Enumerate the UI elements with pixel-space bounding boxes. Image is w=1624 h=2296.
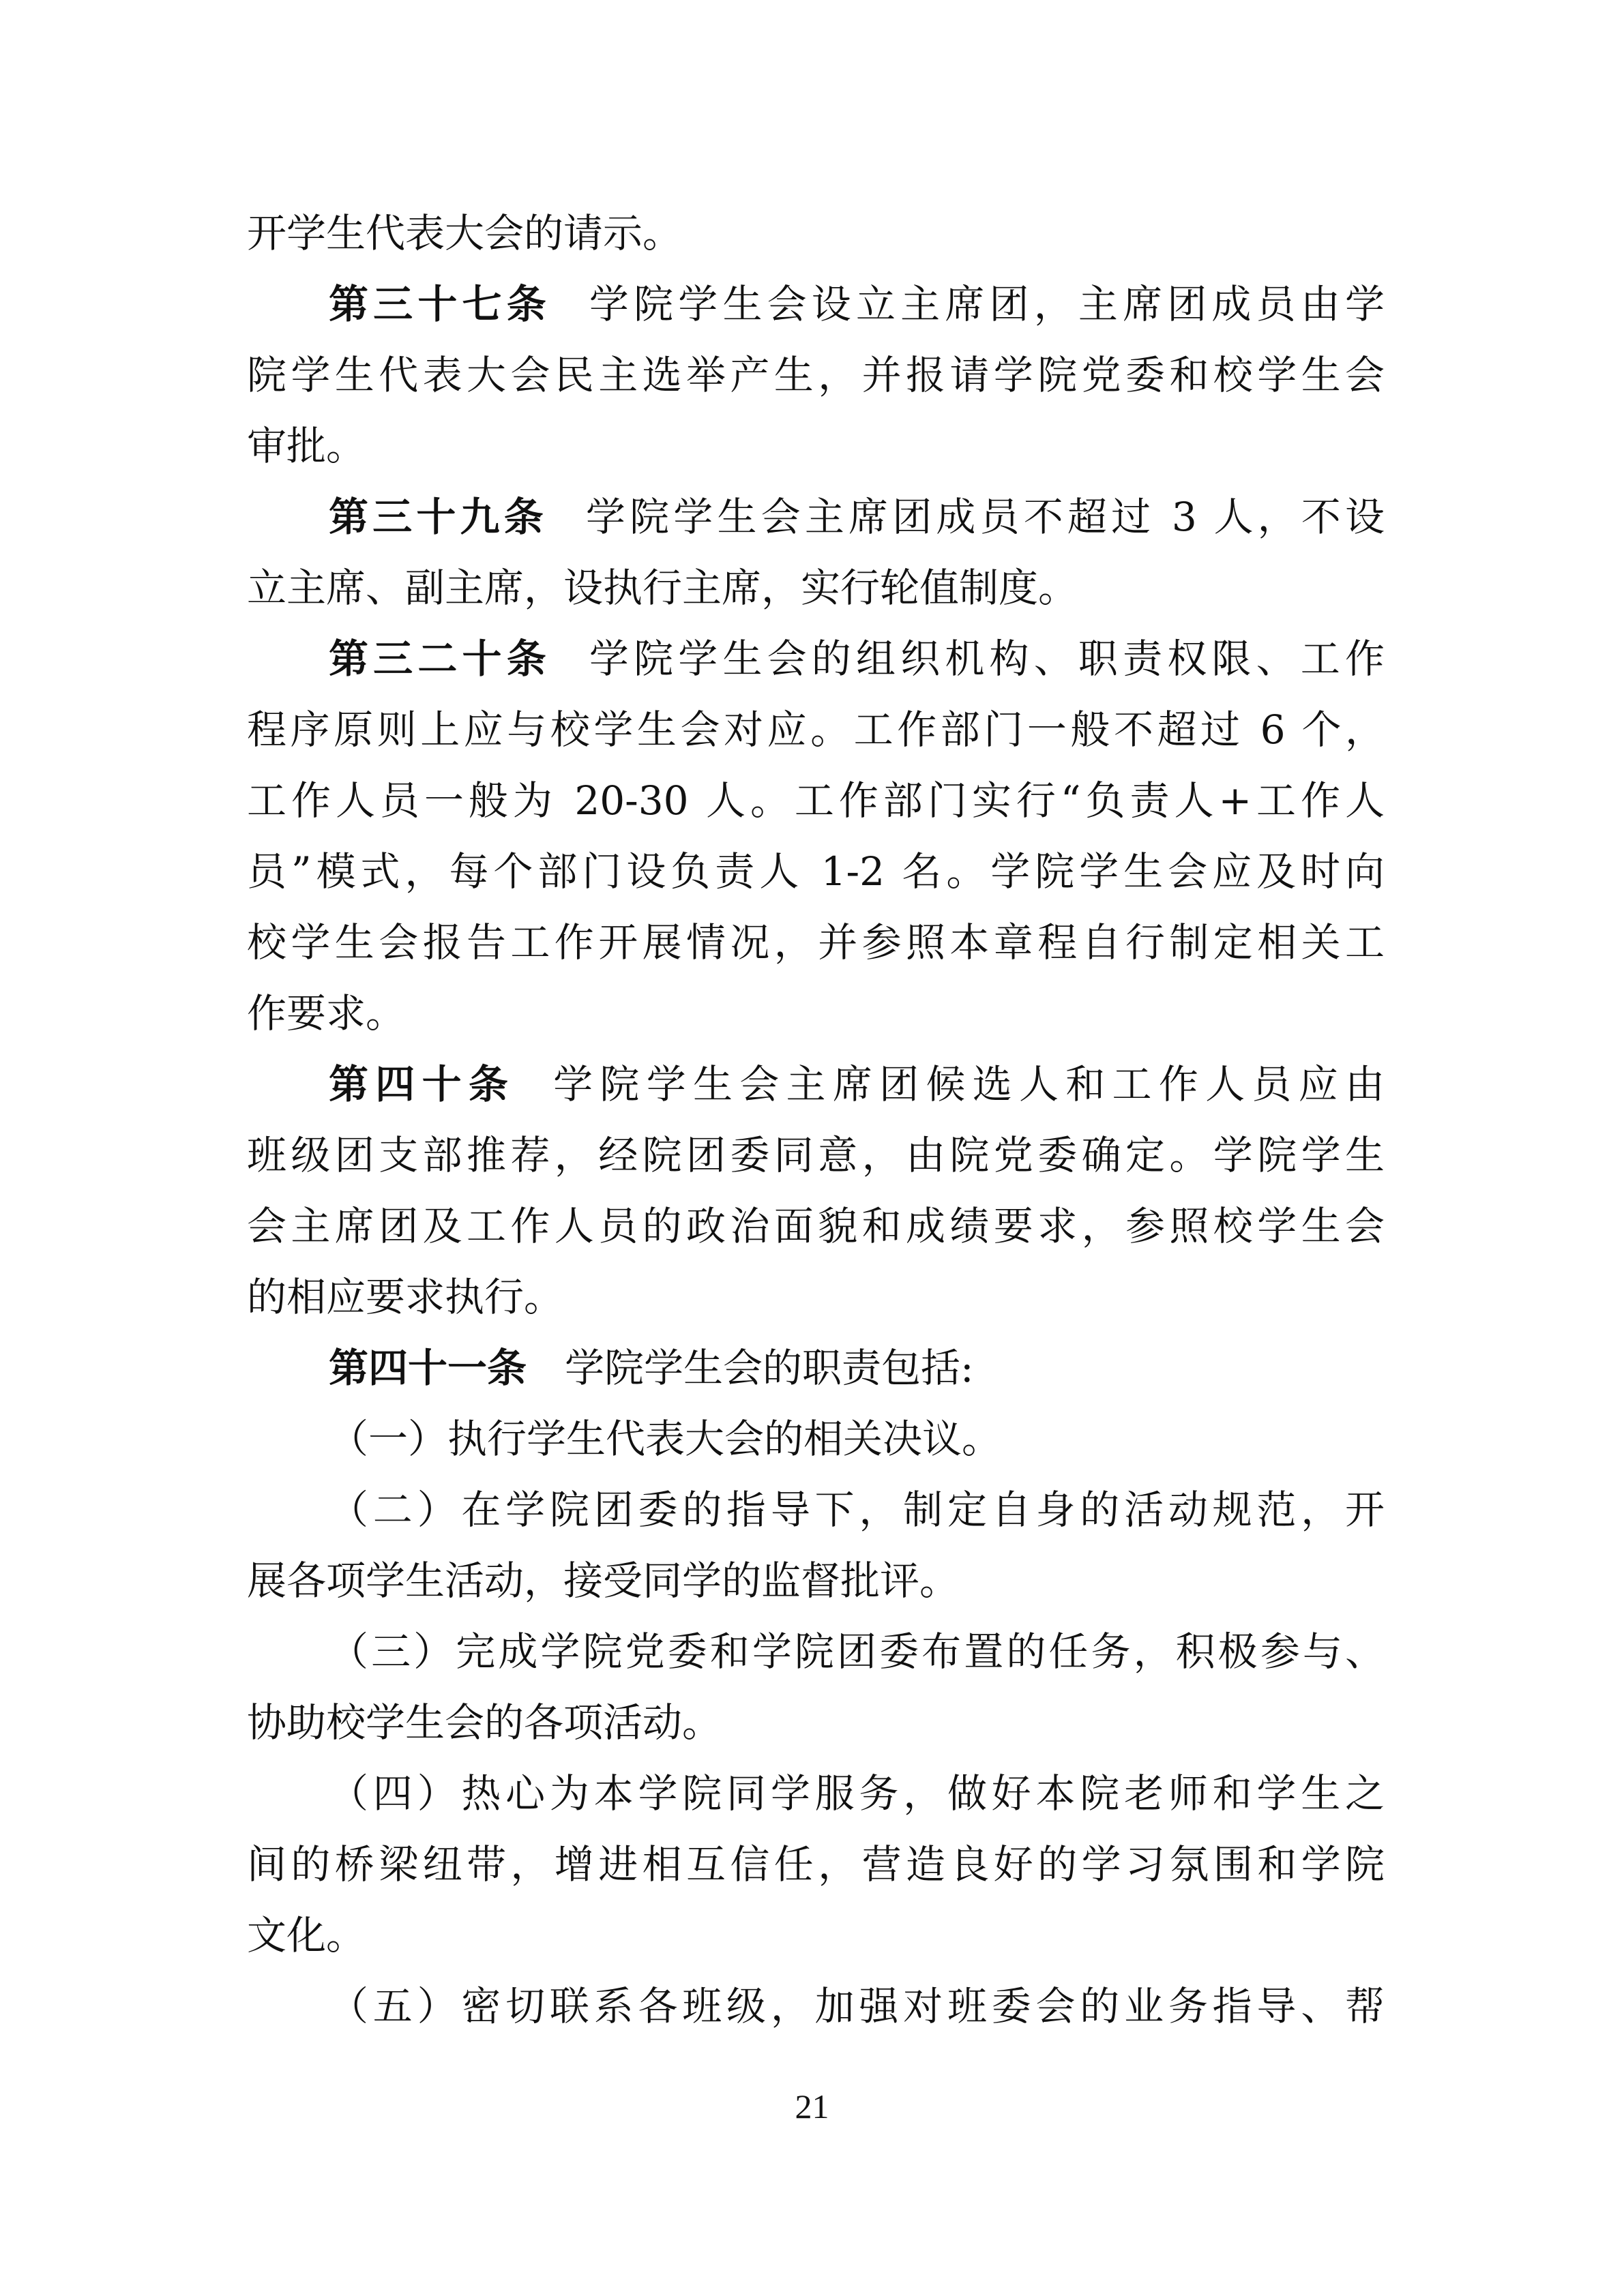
line-text: （一）执行学生代表大会的相关决议。 (329, 1416, 1001, 1462)
article-line: 第四十一条学院学生会的职责包括: (247, 1332, 1385, 1403)
text-line: 间的桥梁纽带，增进相互信任，营造良好的学习氛围和学院 (247, 1829, 1385, 1900)
article-line: 第三二十条学院学生会的组织机构、职责权限、工作 (247, 623, 1385, 694)
line-text: 学院学生会的职责包括: (565, 1345, 974, 1391)
line-text: 校学生会报告工作开展情况，并参照本章程自行制定相关工 (247, 919, 1385, 966)
line-text: 工作人员一般为 20-30 人。工作部门实行“负责人+工作人 (247, 777, 1385, 824)
line-text: 学院学生会主席团成员不超过 3 人，不设 (586, 494, 1385, 540)
line-text: 开学生代表大会的请示。 (247, 210, 682, 256)
text-line: （五）密切联系各班级，加强对班委会的业务指导、帮 (247, 1971, 1385, 2042)
text-line: 班级团支部推荐，经院团委同意，由院党委确定。学院学生 (247, 1120, 1385, 1191)
line-text: 间的桥梁纽带，增进相互信任，营造良好的学习氛围和学院 (247, 1841, 1385, 1888)
article-line: 第三十九条学院学生会主席团成员不超过 3 人，不设 (247, 481, 1385, 552)
text-line: （四）热心为本学院同学服务，做好本院老师和学生之 (247, 1758, 1385, 1829)
text-line: 校学生会报告工作开展情况，并参照本章程自行制定相关工 (247, 907, 1385, 978)
line-text: （二）在学院团委的指导下，制定自身的活动规范，开 (329, 1487, 1385, 1533)
line-text: 展各项学生活动，接受同学的监督批评。 (247, 1557, 959, 1604)
line-text: 学院学生会设立主席团，主席团成员由学 (589, 281, 1385, 327)
line-text: 学院学生会的组织机构、职责权限、工作 (589, 636, 1385, 682)
article-line: 第四十条学院学生会主席团候选人和工作人员应由 (247, 1049, 1385, 1120)
line-text: （四）热心为本学院同学服务，做好本院老师和学生之 (329, 1770, 1385, 1817)
line-text: （三）完成学院党委和学院团委布置的任务，积极参与、 (329, 1628, 1385, 1675)
page-number: 21 (0, 2087, 1624, 2126)
text-line: 员”模式，每个部门设负责人 1-2 名。学院学生会应及时向 (247, 836, 1385, 907)
article-heading: 第三十七条 (329, 281, 551, 327)
line-text: 会主席团及工作人员的政治面貌和成绩要求，参照校学生会 (247, 1203, 1385, 1249)
text-line: 院学生代表大会民主选举产生，并报请学院党委和校学生会 (247, 340, 1385, 411)
line-text: 员”模式，每个部门设负责人 1-2 名。学院学生会应及时向 (247, 848, 1385, 895)
text-line: （一）执行学生代表大会的相关决议。 (247, 1403, 1385, 1474)
line-text: 审批。 (247, 423, 366, 469)
text-line: 开学生代表大会的请示。 (247, 198, 1385, 269)
line-text: 文化。 (247, 1912, 366, 1958)
line-text: 程序原则上应与校学生会对应。工作部门一般不超过 6 个， (247, 706, 1385, 753)
text-line: 文化。 (247, 1900, 1385, 1971)
text-line: 立主席、副主席，设执行主席，实行轮值制度。 (247, 552, 1385, 623)
line-text: 作要求。 (247, 990, 405, 1037)
text-line: 审批。 (247, 411, 1385, 481)
line-text: 立主席、副主席，设执行主席，实行轮值制度。 (247, 565, 1078, 611)
document-body: 开学生代表大会的请示。第三十七条学院学生会设立主席团，主席团成员由学院学生代表大… (247, 198, 1385, 2042)
text-line: 工作人员一般为 20-30 人。工作部门实行“负责人+工作人 (247, 765, 1385, 836)
text-line: 会主席团及工作人员的政治面貌和成绩要求，参照校学生会 (247, 1191, 1385, 1262)
text-line: 程序原则上应与校学生会对应。工作部门一般不超过 6 个， (247, 694, 1385, 765)
line-text: 班级团支部推荐，经院团委同意，由院党委确定。学院学生 (247, 1132, 1385, 1178)
text-line: （二）在学院团委的指导下，制定自身的活动规范，开 (247, 1474, 1385, 1545)
article-heading: 第四十条 (329, 1061, 515, 1107)
article-heading: 第三二十条 (329, 636, 551, 682)
article-heading: 第三十九条 (329, 494, 548, 540)
article-heading: 第四十一条 (329, 1345, 527, 1391)
text-line: （三）完成学院党委和学院团委布置的任务，积极参与、 (247, 1616, 1385, 1687)
line-text: 协助校学生会的各项活动。 (247, 1699, 722, 1746)
text-line: 作要求。 (247, 978, 1385, 1049)
text-line: 展各项学生活动，接受同学的监督批评。 (247, 1545, 1385, 1616)
line-text: 学院学生会主席团候选人和工作人员应由 (553, 1061, 1385, 1107)
text-line: 的相应要求执行。 (247, 1262, 1385, 1332)
article-line: 第三十七条学院学生会设立主席团，主席团成员由学 (247, 269, 1385, 340)
line-text: 院学生代表大会民主选举产生，并报请学院党委和校学生会 (247, 352, 1385, 398)
text-line: 协助校学生会的各项活动。 (247, 1687, 1385, 1758)
line-text: （五）密切联系各班级，加强对班委会的业务指导、帮 (329, 1983, 1385, 2029)
line-text: 的相应要求执行。 (247, 1274, 563, 1320)
